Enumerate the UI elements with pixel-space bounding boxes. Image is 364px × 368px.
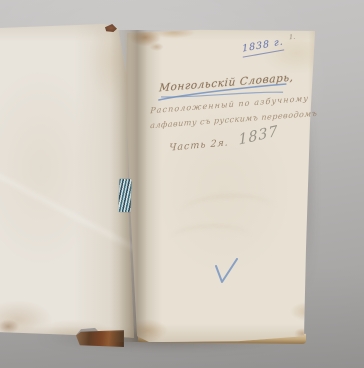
leather-cover-edge bbox=[76, 330, 124, 347]
folio-number: 1. bbox=[289, 33, 296, 41]
library-label-sticker bbox=[118, 179, 131, 212]
checkmark-icon bbox=[212, 256, 240, 286]
page-crease-highlight bbox=[0, 140, 138, 280]
open-book-photo: 1838 г. 1. Монгольскій Словарь, Располож… bbox=[0, 0, 364, 368]
